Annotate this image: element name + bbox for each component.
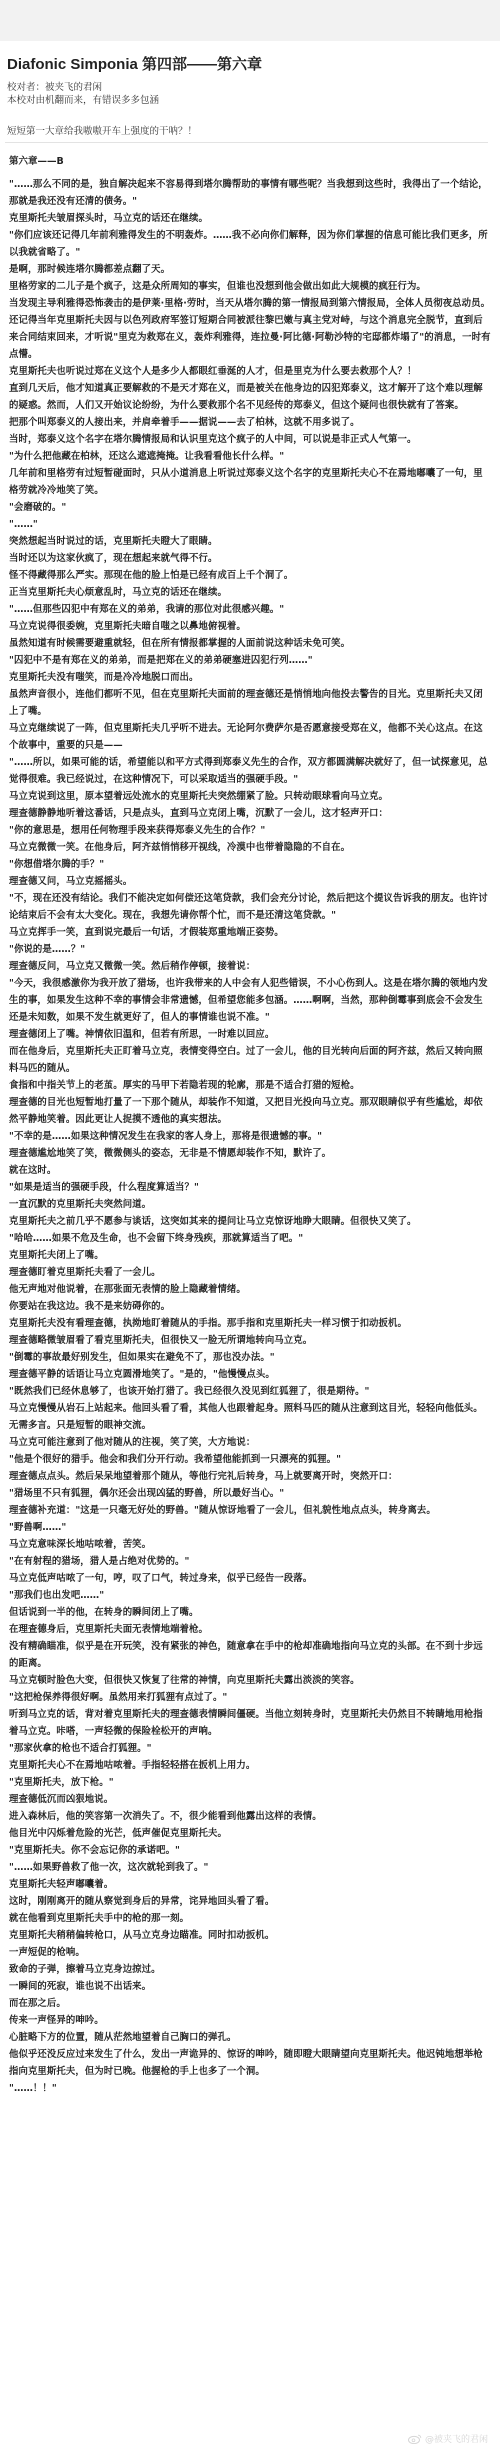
article-header: Diafonic Simponia 第四部——第六章 校对者：被夹飞的君闲 本校… [0,41,500,142]
paragraph: 马立克意味深长地咕哝着，苦笑。 [9,1536,491,1553]
paragraph-list: "……那么不同的是，独自解决起来不容易得到塔尔腾帮助的事情有哪些呢？当我想到这些… [9,176,491,2097]
paragraph: 理查德静静地听着这番话，只是点头，直到马立克闭上嘴，沉默了一会儿，这才轻声开口： [9,805,491,822]
watermark-text: @被夹飞的君闲 [425,2432,488,2445]
paragraph: 理查德点点头。然后呆呆地望着那个随从，等他行完礼后转身，马上就要离开时，突然开口… [9,1468,491,1485]
paragraph: 一声短促的枪响。 [9,1944,491,1961]
paragraph: 他无声地对他说着，在那张面无表情的脸上隐藏着情绪。 [9,1281,491,1298]
paragraph: 理查德又问，马立克摇摇头。 [9,873,491,890]
paragraph: "你说的是……？" [9,941,491,958]
paragraph: 克里斯托夫闭上了嘴。 [9,1247,491,1264]
paragraph: "哈哈……如果不危及生命，也不会留下终身残疾，那就算适当了吧。" [9,1230,491,1247]
paragraph: 马立克挥手一笑，直到说完最后一句话，才假装郑重地端正姿势。 [9,924,491,941]
paragraph: 理查德反问，马立克又微微一笑。然后稍作停顿，接着说： [9,958,491,975]
paragraph: "为什么把他藏在柏林，还这么遮遮掩掩。让我看看他长什么样。" [9,448,491,465]
paragraph: 就在他看到克里斯托夫手中的枪的那一刻。 [9,1910,491,1927]
paragraph: 理查德盯着克里斯托夫看了一会儿。 [9,1264,491,1281]
paragraph: 理查德的目光也短暂地打量了一下那个随从，却装作不知道，又把目光投向马立克。那双眼… [9,1094,491,1128]
paragraph: "克里斯托夫，放下枪。" [9,1774,491,1791]
paragraph: "不，现在还没有结论。我们不能决定如何偿还这笔贷款，我们会充分讨论，然后把这个提… [9,890,491,924]
paragraph: "……但那些囚犯中有郑在义的弟弟，我请的那位对此很感兴趣。" [9,601,491,618]
watermark: @被夹飞的君闲 [408,2432,488,2445]
paragraph: 理查德尴尬地笑了笑，微微侧头的姿态，无非是不情愿却装作不知，默许了。 [9,1145,491,1162]
paragraph: 马立克微微一笑。在他身后，阿齐兹悄悄移开视线，冷漠中也带着隐隐的不自在。 [9,839,491,856]
paragraph: "……" [9,516,491,533]
paragraph: "克里斯托夫。你不会忘记你的承诺吧。" [9,1842,491,1859]
paragraph: 你要站在我这边。我不是来妨碍你的。 [9,1298,491,1315]
paragraph: 致命的子弹，擦着马立克身边掠过。 [9,1961,491,1978]
paragraph: 马立克说到这里，原本望着远处流水的克里斯托夫突然绷紧了脸。只转动眼球看向马立克。 [9,788,491,805]
paragraph: "在有射程的猎场，猎人是占绝对优势的。" [9,1553,491,1570]
paragraph: "野兽啊……" [9,1519,491,1536]
paragraph: 当时还以为这家伙疯了，现在想起来就气得不行。 [9,550,491,567]
paragraph: "不幸的是……如果这种情况发生在我家的客人身上，那将是很遗憾的事。" [9,1128,491,1145]
paragraph: 这时，刚刚离开的随从察觉到身后的异常，诧异地回头看了看。 [9,1893,491,1910]
paragraph: 马立克可能注意到了他对随从的注视，笑了笑，大方地说： [9,1434,491,1451]
paragraph: 直到几天后，他才知道真正要解救的不是天才郑在义，而是被关在他身边的囚犯郑泰义，这… [9,380,491,414]
paragraph: 把那个叫郑泰义的人接出来，并肩牵着手——据说——去了柏林，这就不用多说了。 [9,414,491,431]
paragraph: 理查德略微皱眉看了看克里斯托夫，但很快又一脸无所谓地转向马立克。 [9,1332,491,1349]
paragraph: "今天，我很感激你为我开放了猎场，也许我带来的人中会有人犯些错误，不小心伤到人。… [9,975,491,1026]
paragraph: 是啊，那时候连塔尔腾都差点翻了天。 [9,261,491,278]
paragraph: 无需多言。只是短暂的眼神交流。 [9,1417,491,1434]
paragraph: 克里斯托夫没有看理查德，执拗地盯着随从的手指。那手指和克里斯托夫一样习惯于扣动扳… [9,1315,491,1332]
page-title: Diafonic Simponia 第四部——第六章 [7,55,493,75]
paragraph: "会磨破的。" [9,499,491,516]
paragraph: 怪不得藏得那么严实。那现在他的脸上怕是已经有成百上千个洞了。 [9,567,491,584]
paragraph: 克里斯托夫皱眉探头时，马立克的话还在继续。 [9,210,491,227]
paragraph: 但话说到一半的他，在转身的瞬间闭上了嘴。 [9,1604,491,1621]
paragraph: 就在这时。 [9,1162,491,1179]
paragraph: "这把枪保养得很好啊。虽然用来打狐狸有点过了。" [9,1689,491,1706]
translation-disclaimer: 本校对由机翻而来，有错误多多包涵 [7,94,493,107]
paragraph: 听到马立克的话，背对着克里斯托夫的理查德表情瞬间僵硬。当他立刻转身时，克里斯托夫… [9,1706,491,1740]
paragraph: 虽然知道有时候需要避重就轻，但在所有情报都掌握的人面前说这种话未免可笑。 [9,635,491,652]
paragraph: "你的意思是，想用任何物理手段来获得郑泰义先生的合作？" [9,822,491,839]
paragraph: 理查德闭上了嘴。神情依旧温和，但若有所思，一时难以回应。 [9,1026,491,1043]
paragraph: 马立克低声咕哝了一句，哼，叹了口气，转过身来，似乎已经告一段落。 [9,1570,491,1587]
article-body: 第六章——B "……那么不同的是，独自解决起来不容易得到塔尔腾帮助的事情有哪些呢… [0,143,500,2097]
paragraph: 克里斯托夫也听说过郑在义这个人是多少人都眼红垂涎的人才，但是里克为什么要去救那个… [9,363,491,380]
paragraph: 而在他身后，克里斯托夫正盯着马立克，表情变得空白。过了一会儿，他的目光转向后面的… [9,1043,491,1077]
paragraph: "那我们也出发吧……" [9,1587,491,1604]
paragraph: 他似乎还没反应过来发生了什么，发出一声诡异的、惊讶的呻吟，随即瞪大眼睛望向克里斯… [9,2046,491,2080]
weibo-icon [408,2434,422,2444]
paragraph: "如果是适当的强硬手段，什么程度算适当？" [9,1179,491,1196]
paragraph: 食指和中指关节上的老茧。厚实的马甲下若隐若现的轮廓，那是不适合打猎的短枪。 [9,1077,491,1094]
paragraph: "……那么不同的是，独自解决起来不容易得到塔尔腾帮助的事情有哪些呢？当我想到这些… [9,176,491,210]
paragraph: 克里斯托夫之前几乎不愿参与谈话，这突如其来的提问让马立克惊讶地睁大眼睛。但很快又… [9,1213,491,1230]
paragraph: 心脏略下方的位置，随从茫然地望着自己胸口的弹孔。 [9,2029,491,2046]
paragraph: 克里斯托夫没有嗤笑，而是冷冷地脱口而出。 [9,669,491,686]
paragraph: 进入森林后，他的笑容第一次消失了。不，很少能看到他露出这样的表情。 [9,1808,491,1825]
paragraph: 而在那之后。 [9,1995,491,2012]
top-bar [0,0,500,41]
paragraph: 还记得当年克里斯托夫因与以色列政府军签订短期合同被派往黎巴嫩与真主党对峙，与这个… [9,312,491,363]
paragraph: 里格劳家的二儿子是个疯子，这是众所周知的事实，但谁也没想到他会做出如此大规模的疯… [9,278,491,295]
paragraph: "倒霉的事故最好别发生，但如果实在避免不了，那也没办法。" [9,1349,491,1366]
paragraph: 突然想起当时说过的话，克里斯托夫瞪大了眼睛。 [9,533,491,550]
paragraph: 理查德补充道："这是一只毫无好处的野兽。"随从惊讶地看了一会儿，但礼貌性地点点头… [9,1502,491,1519]
paragraph: 马立克说得很委婉，克里斯托夫暗自嗤之以鼻地俯视着。 [9,618,491,635]
paragraph: 马立克继续说了一阵，但克里斯托夫几乎听不进去。无论阿尔费萨尔是否愿意接受郑在义，… [9,720,491,754]
author-note: 短短第一大章给我嗷嗷开车上强度的干呐？！ [7,125,493,142]
paragraph: 马立克慢慢从岩石上站起来。他回头看了看，其他人也跟着起身。照料马匹的随从注意到这… [9,1400,491,1417]
paragraph: 当发现主导利雅得恐怖袭击的是伊莱·里格·劳时，当天从塔尔腾的第一情报局到第六情报… [9,295,491,312]
paragraph: 没有精确瞄准，似乎是在开玩笑，没有紧张的神色，随意拿在手中的枪却准确地指向马立克… [9,1638,491,1672]
paragraph: 几年前和里格劳有过短暂碰面时，只从小道消息上听说过郑泰义这个名字的克里斯托夫心不… [9,465,491,499]
paragraph: "猎场里不只有狐狸，偶尔还会出现凶猛的野兽，所以最好当心。" [9,1485,491,1502]
paragraph: 他目光中闪烁着危险的光芒，低声催促克里斯托夫。 [9,1825,491,1842]
paragraph: "他是个很好的猎手。他会和我们分开行动。我希望他能抓到一只漂亮的狐狸。" [9,1451,491,1468]
paragraph: "既然我们已经休息够了，也该开始打猎了。我已经很久没见到红狐狸了，很是期待。" [9,1383,491,1400]
paragraph: "囚犯中不是有郑在义的弟弟，而是把郑在义的弟弟硬塞进囚犯行列……" [9,652,491,669]
paragraph: 克里斯托夫稍稍偏转枪口，从马立克身边瞄准。同时扣动扳机。 [9,1927,491,1944]
chapter-label: 第六章——B [9,155,491,168]
paragraph: 克里斯托夫轻声嘟囔着。 [9,1876,491,1893]
paragraph: 理查德低沉而凶狠地说。 [9,1791,491,1808]
paragraph: 克里斯托夫心不在焉地咕哝着。手指轻轻搭在扳机上用力。 [9,1757,491,1774]
paragraph: 马立克顿时脸色大变，但很快又恢复了往常的神情，向克里斯托夫露出淡淡的笑容。 [9,1672,491,1689]
paragraph: "那家伙拿的枪也不适合打狐狸。" [9,1740,491,1757]
proofreader-credit: 校对者：被夹飞的君闲 [7,81,493,94]
paragraph: 当时，郑泰义这个名字在塔尔腾情报局和认识里克这个疯子的人中间，可以说是非正式人气… [9,431,491,448]
paragraph: "你们应该还记得几年前利雅得发生的不明轰炸。……我不必向你们解释，因为你们掌握的… [9,227,491,261]
paragraph: 理查德平静的话语让马立克圆滑地笑了。"是的，"他慢慢点头。 [9,1366,491,1383]
paragraph: "……所以，如果可能的话，希望能以和平方式得到郑泰义先生的合作，双方都圆满解决就… [9,754,491,788]
paragraph: "……！！" [9,2080,491,2097]
paragraph: 一直沉默的克里斯托夫突然问道。 [9,1196,491,1213]
paragraph: "……如果野兽救了他一次，这次就轮到我了。" [9,1859,491,1876]
paragraph: 虽然声音很小，连他们都听不见，但在克里斯托夫面前的理查德还是悄悄地向他投去警告的… [9,686,491,720]
paragraph: "你想借塔尔腾的手？" [9,856,491,873]
paragraph: 传来一声怪异的呻吟。 [9,2012,491,2029]
paragraph: 在理查德身后，克里斯托夫面无表情地端着枪。 [9,1621,491,1638]
paragraph: 一瞬间的死寂，谁也说不出话来。 [9,1978,491,1995]
paragraph: 正当克里斯托夫心烦意乱时，马立克的话还在继续。 [9,584,491,601]
